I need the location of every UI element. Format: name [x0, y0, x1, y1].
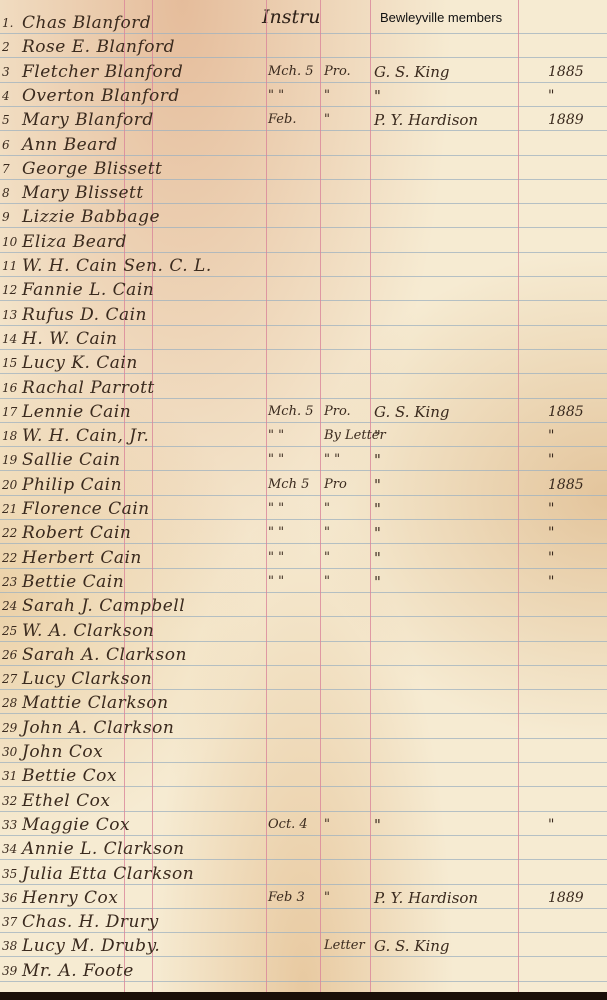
year: ": [548, 497, 554, 521]
member-name: Herbert Cain: [22, 546, 142, 570]
ledger-entry: 36Henry CoxFeb 3"P. Y. Hardison1889: [0, 886, 607, 910]
ledger-entry: 5Mary BlanfordFeb."P. Y. Hardison1889: [0, 108, 607, 132]
member-name: Bettie Cain: [22, 570, 124, 594]
member-name: Lucy M. Druby.: [22, 934, 160, 958]
member-name: Sarah J. Campbell: [22, 594, 185, 618]
date-received: Mch. 5: [268, 400, 314, 424]
year: 1885: [548, 60, 584, 84]
entry-number: 31: [2, 764, 17, 788]
entry-number: 12: [2, 278, 17, 302]
minister-name: ": [374, 448, 381, 472]
member-name: Henry Cox: [22, 886, 118, 910]
how-received: ": [324, 108, 330, 132]
entry-number: 1.: [2, 11, 13, 35]
ledger-entry: 6Ann Beard: [0, 133, 607, 157]
entry-number: 9: [2, 205, 10, 229]
entry-number: 11: [2, 254, 17, 278]
ledger-entry: 7George Blissett: [0, 157, 607, 181]
member-name: Mr. A. Foote: [22, 959, 134, 983]
member-name: W. H. Cain, Jr.: [22, 424, 149, 448]
member-name: Chas Blanford: [22, 11, 151, 35]
entry-number: 19: [2, 448, 17, 472]
date-received: " ": [268, 84, 284, 108]
date-received: Feb 3: [268, 886, 305, 910]
member-name: Ann Beard: [22, 133, 118, 157]
ledger-entry: 38Lucy M. Druby.LetterG. S. King: [0, 934, 607, 958]
ledger-entry: 18W. H. Cain, Jr." "By Letter"": [0, 424, 607, 448]
date-received: Mch. 5: [268, 60, 314, 84]
member-name: Robert Cain: [22, 521, 131, 545]
year: ": [548, 448, 554, 472]
member-name: Mary Blanford: [22, 108, 154, 132]
page-edge: [0, 992, 607, 1000]
entry-number: 5: [2, 108, 10, 132]
entry-number: 35: [2, 862, 17, 886]
minister-name: P. Y. Hardison: [374, 108, 478, 132]
ledger-entry: 34Annie L. Clarkson: [0, 837, 607, 861]
how-received: ": [324, 84, 330, 108]
member-name: Sarah A. Clarkson: [22, 643, 187, 667]
year: ": [548, 570, 554, 594]
ledger-entry: 21Florence Cain" """": [0, 497, 607, 521]
ledger-entry: 17Lennie CainMch. 5Pro.G. S. King1885: [0, 400, 607, 424]
entry-number: 27: [2, 667, 17, 691]
member-name: H. W. Cain: [22, 327, 117, 351]
ledger-entry: 30John Cox: [0, 740, 607, 764]
entry-number: 3: [2, 60, 10, 84]
how-received: Pro: [324, 473, 347, 497]
ledger-entry: 32Ethel Cox: [0, 789, 607, 813]
minister-name: ": [374, 813, 381, 837]
ledger-entry: 35Julia Etta Clarkson: [0, 862, 607, 886]
date-received: Mch 5: [268, 473, 309, 497]
entry-number: 16: [2, 376, 17, 400]
ledger-entry: 37Chas. H. Drury: [0, 910, 607, 934]
ledger-entry: 3Fletcher BlanfordMch. 5Pro.G. S. King18…: [0, 60, 607, 84]
minister-name: G. S. King: [374, 400, 450, 424]
ledger-entry: 22Robert Cain" """": [0, 521, 607, 545]
member-name: Lennie Cain: [22, 400, 131, 424]
date-received: " ": [268, 546, 284, 570]
entry-number: 13: [2, 303, 17, 327]
entry-number: 39: [2, 959, 17, 983]
entry-number: 7: [2, 157, 10, 181]
member-name: Rachal Parrott: [22, 376, 155, 400]
entry-number: 32: [2, 789, 17, 813]
date-received: " ": [268, 521, 284, 545]
entry-number: 23: [2, 570, 17, 594]
entry-number: 29: [2, 716, 17, 740]
entry-number: 24: [2, 594, 17, 618]
member-name: Lucy Clarkson: [22, 667, 152, 691]
member-name: Ethel Cox: [22, 789, 110, 813]
ledger-entry: 15Lucy K. Cain: [0, 351, 607, 375]
entry-number: 17: [2, 400, 17, 424]
member-name: Julia Etta Clarkson: [22, 862, 194, 886]
member-name: Rufus D. Cain: [22, 303, 147, 327]
ledger-entry: 26Sarah A. Clarkson: [0, 643, 607, 667]
entry-number: 4: [2, 84, 10, 108]
entry-number: 18: [2, 424, 17, 448]
ledger-entry: 25W. A. Clarkson: [0, 619, 607, 643]
ledger-entry: 4Overton Blanford" """": [0, 84, 607, 108]
how-received: ": [324, 521, 330, 545]
ledger-entry: 24Sarah J. Campbell: [0, 594, 607, 618]
entry-number: 21: [2, 497, 17, 521]
date-received: " ": [268, 497, 284, 521]
minister-name: ": [374, 546, 381, 570]
minister-name: P. Y. Hardison: [374, 886, 478, 910]
year: ": [548, 521, 554, 545]
ledger-entry: 11W. H. Cain Sen. C. L.: [0, 254, 607, 278]
ledger-entry: 29John A. Clarkson: [0, 716, 607, 740]
member-name: Rose E. Blanford: [22, 35, 175, 59]
member-name: Lizzie Babbage: [22, 205, 160, 229]
date-received: Oct. 4: [268, 813, 308, 837]
ledger-entry: 12Fannie L. Cain: [0, 278, 607, 302]
entry-number: 20: [2, 473, 17, 497]
member-name: Overton Blanford: [22, 84, 180, 108]
how-received: " ": [324, 448, 340, 472]
how-received: ": [324, 886, 330, 910]
member-name: Chas. H. Drury: [22, 910, 159, 934]
minister-name: G. S. King: [374, 60, 450, 84]
how-received: Letter: [324, 934, 365, 958]
how-received: Pro.: [324, 60, 351, 84]
ledger-entry: 9Lizzie Babbage: [0, 205, 607, 229]
entry-number: 22: [2, 521, 17, 545]
year: ": [548, 546, 554, 570]
entry-number: 26: [2, 643, 17, 667]
year: 1889: [548, 108, 584, 132]
entry-number: 38: [2, 934, 17, 958]
minister-name: G. S. King: [374, 934, 450, 958]
member-name: John Cox: [22, 740, 103, 764]
year: 1885: [548, 473, 584, 497]
ledger-entry: 31Bettie Cox: [0, 764, 607, 788]
member-name: Sallie Cain: [22, 448, 121, 472]
member-name: Annie L. Clarkson: [22, 837, 185, 861]
entry-number: 10: [2, 230, 17, 254]
ledger-entry: 27Lucy Clarkson: [0, 667, 607, 691]
minister-name: ": [374, 84, 381, 108]
ledger-entry: 16Rachal Parrott: [0, 376, 607, 400]
entry-number: 8: [2, 181, 10, 205]
how-received: Pro.: [324, 400, 351, 424]
ledger-entry: 22Herbert Cain" """": [0, 546, 607, 570]
entry-number: 2: [2, 35, 10, 59]
entry-number: 34: [2, 837, 17, 861]
member-name: Fletcher Blanford: [22, 60, 183, 84]
date-received: Feb.: [268, 108, 296, 132]
member-name: Lucy K. Cain: [22, 351, 138, 375]
minister-name: ": [374, 521, 381, 545]
member-name: Mattie Clarkson: [22, 691, 169, 715]
ledger-entry: 13Rufus D. Cain: [0, 303, 607, 327]
ledger-entry: 10Eliza Beard: [0, 230, 607, 254]
minister-name: ": [374, 424, 381, 448]
how-received: ": [324, 570, 330, 594]
year: ": [548, 84, 554, 108]
member-name: John A. Clarkson: [22, 716, 174, 740]
ledger-page: Bewleyville members Instru 1.Chas Blanfo…: [0, 0, 607, 992]
member-name: George Blissett: [22, 157, 162, 181]
ledger-entry: 39Mr. A. Foote: [0, 959, 607, 983]
member-name: Philip Cain: [22, 473, 122, 497]
minister-name: ": [374, 473, 381, 497]
ledger-entry: 28Mattie Clarkson: [0, 691, 607, 715]
ledger-entry: 1.Chas Blanford: [0, 11, 607, 35]
member-name: Maggie Cox: [22, 813, 130, 837]
year: ": [548, 813, 554, 837]
date-received: " ": [268, 424, 284, 448]
how-received: ": [324, 497, 330, 521]
ledger-entry: 14H. W. Cain: [0, 327, 607, 351]
ledger-entry: 20Philip CainMch 5Pro"1885: [0, 473, 607, 497]
member-name: W. A. Clarkson: [22, 619, 154, 643]
entry-number: 28: [2, 691, 17, 715]
ledger-entry: 23Bettie Cain" """": [0, 570, 607, 594]
entry-number: 22: [2, 546, 17, 570]
entry-number: 30: [2, 740, 17, 764]
entry-number: 33: [2, 813, 17, 837]
year: 1889: [548, 886, 584, 910]
year: 1885: [548, 400, 584, 424]
how-received: ": [324, 813, 330, 837]
ledger-entry: 8Mary Blissett: [0, 181, 607, 205]
minister-name: ": [374, 497, 381, 521]
entry-number: 25: [2, 619, 17, 643]
minister-name: ": [374, 570, 381, 594]
member-name: Eliza Beard: [22, 230, 127, 254]
entry-number: 15: [2, 351, 17, 375]
date-received: " ": [268, 570, 284, 594]
member-name: Mary Blissett: [22, 181, 144, 205]
entry-number: 6: [2, 133, 10, 157]
date-received: " ": [268, 448, 284, 472]
ledger-entry: 2Rose E. Blanford: [0, 35, 607, 59]
ledger-entry: 19Sallie Cain" "" """: [0, 448, 607, 472]
how-received: ": [324, 546, 330, 570]
member-name: Florence Cain: [22, 497, 150, 521]
member-name: Bettie Cox: [22, 764, 117, 788]
entry-number: 14: [2, 327, 17, 351]
member-name: Fannie L. Cain: [22, 278, 154, 302]
ledger-entry: 33Maggie CoxOct. 4""": [0, 813, 607, 837]
entry-number: 37: [2, 910, 17, 934]
member-name: W. H. Cain Sen. C. L.: [22, 254, 212, 278]
year: ": [548, 424, 554, 448]
entry-number: 36: [2, 886, 17, 910]
